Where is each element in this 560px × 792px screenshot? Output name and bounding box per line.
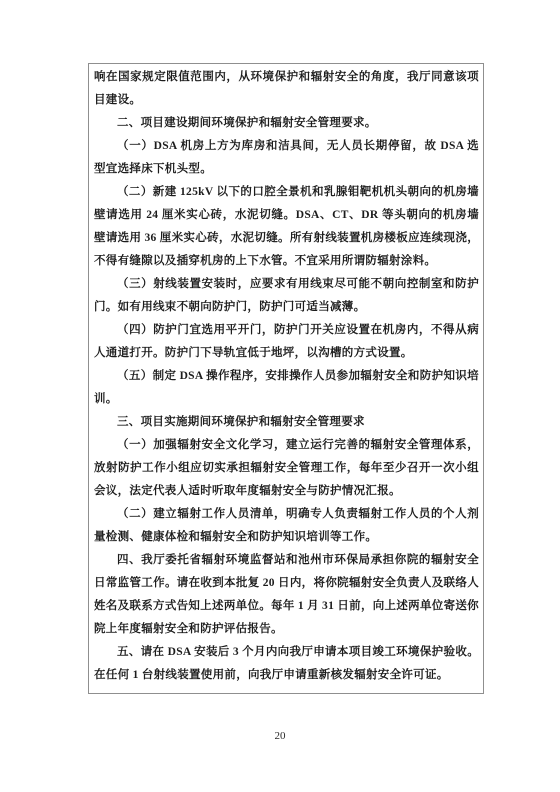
paragraph-section-2-item-2: （二）新建 125kV 以下的口腔全景机和乳腺钼靶机机头朝向的机房墙壁请选用 2… bbox=[94, 181, 479, 273]
page-number: 20 bbox=[0, 730, 560, 742]
approval-text-cell: 响在国家规定限值范围内，从环境保护和辐射安全的角度，我厅同意该项目建设。 二、项… bbox=[88, 63, 484, 694]
paragraph-section-2-heading: 二、项目建设期间环境保护和辐射安全管理要求。 bbox=[94, 112, 479, 135]
paragraph-section-4: 四、我厅委托省辐射环境监督站和池州市环保局承担你院的辐射安全日常监管工作。请在收… bbox=[94, 549, 479, 641]
document-page: 响在国家规定限值范围内，从环境保护和辐射安全的角度，我厅同意该项目建设。 二、项… bbox=[0, 0, 560, 792]
paragraph-continuation: 响在国家规定限值范围内，从环境保护和辐射安全的角度，我厅同意该项目建设。 bbox=[94, 66, 479, 112]
paragraph-section-3-item-1: （一）加强辐射安全文化学习，建立运行完善的辐射安全管理体系，放射防护工作小组应切… bbox=[94, 434, 479, 503]
paragraph-section-2-item-1: （一）DSA 机房上方为库房和洁具间，无人员长期停留，故 DSA 选型宜选择床下… bbox=[94, 135, 479, 181]
paragraph-section-2-item-5: （五）制定 DSA 操作程序，安排操作人员参加辐射安全和防护知识培训。 bbox=[94, 365, 479, 411]
paragraph-section-3-heading: 三、项目实施期间环境保护和辐射安全管理要求 bbox=[94, 411, 479, 434]
paragraph-section-2-item-4: （四）防护门宜选用平开门，防护门开关应设置在机房内，不得从病人通道打开。防护门下… bbox=[94, 319, 479, 365]
paragraph-section-3-item-2: （二）建立辐射工作人员清单，明确专人负责辐射工作人员的个人剂量检测、健康体检和辐… bbox=[94, 503, 479, 549]
paragraph-section-2-item-3: （三）射线装置安装时，应要求有用线束尽可能不朝向控制室和防护门。如有用线束不朝向… bbox=[94, 273, 479, 319]
paragraph-section-5: 五、请在 DSA 安装后 3 个月内向我厅申请本项目竣工环境保护验收。在任何 1… bbox=[94, 641, 479, 687]
